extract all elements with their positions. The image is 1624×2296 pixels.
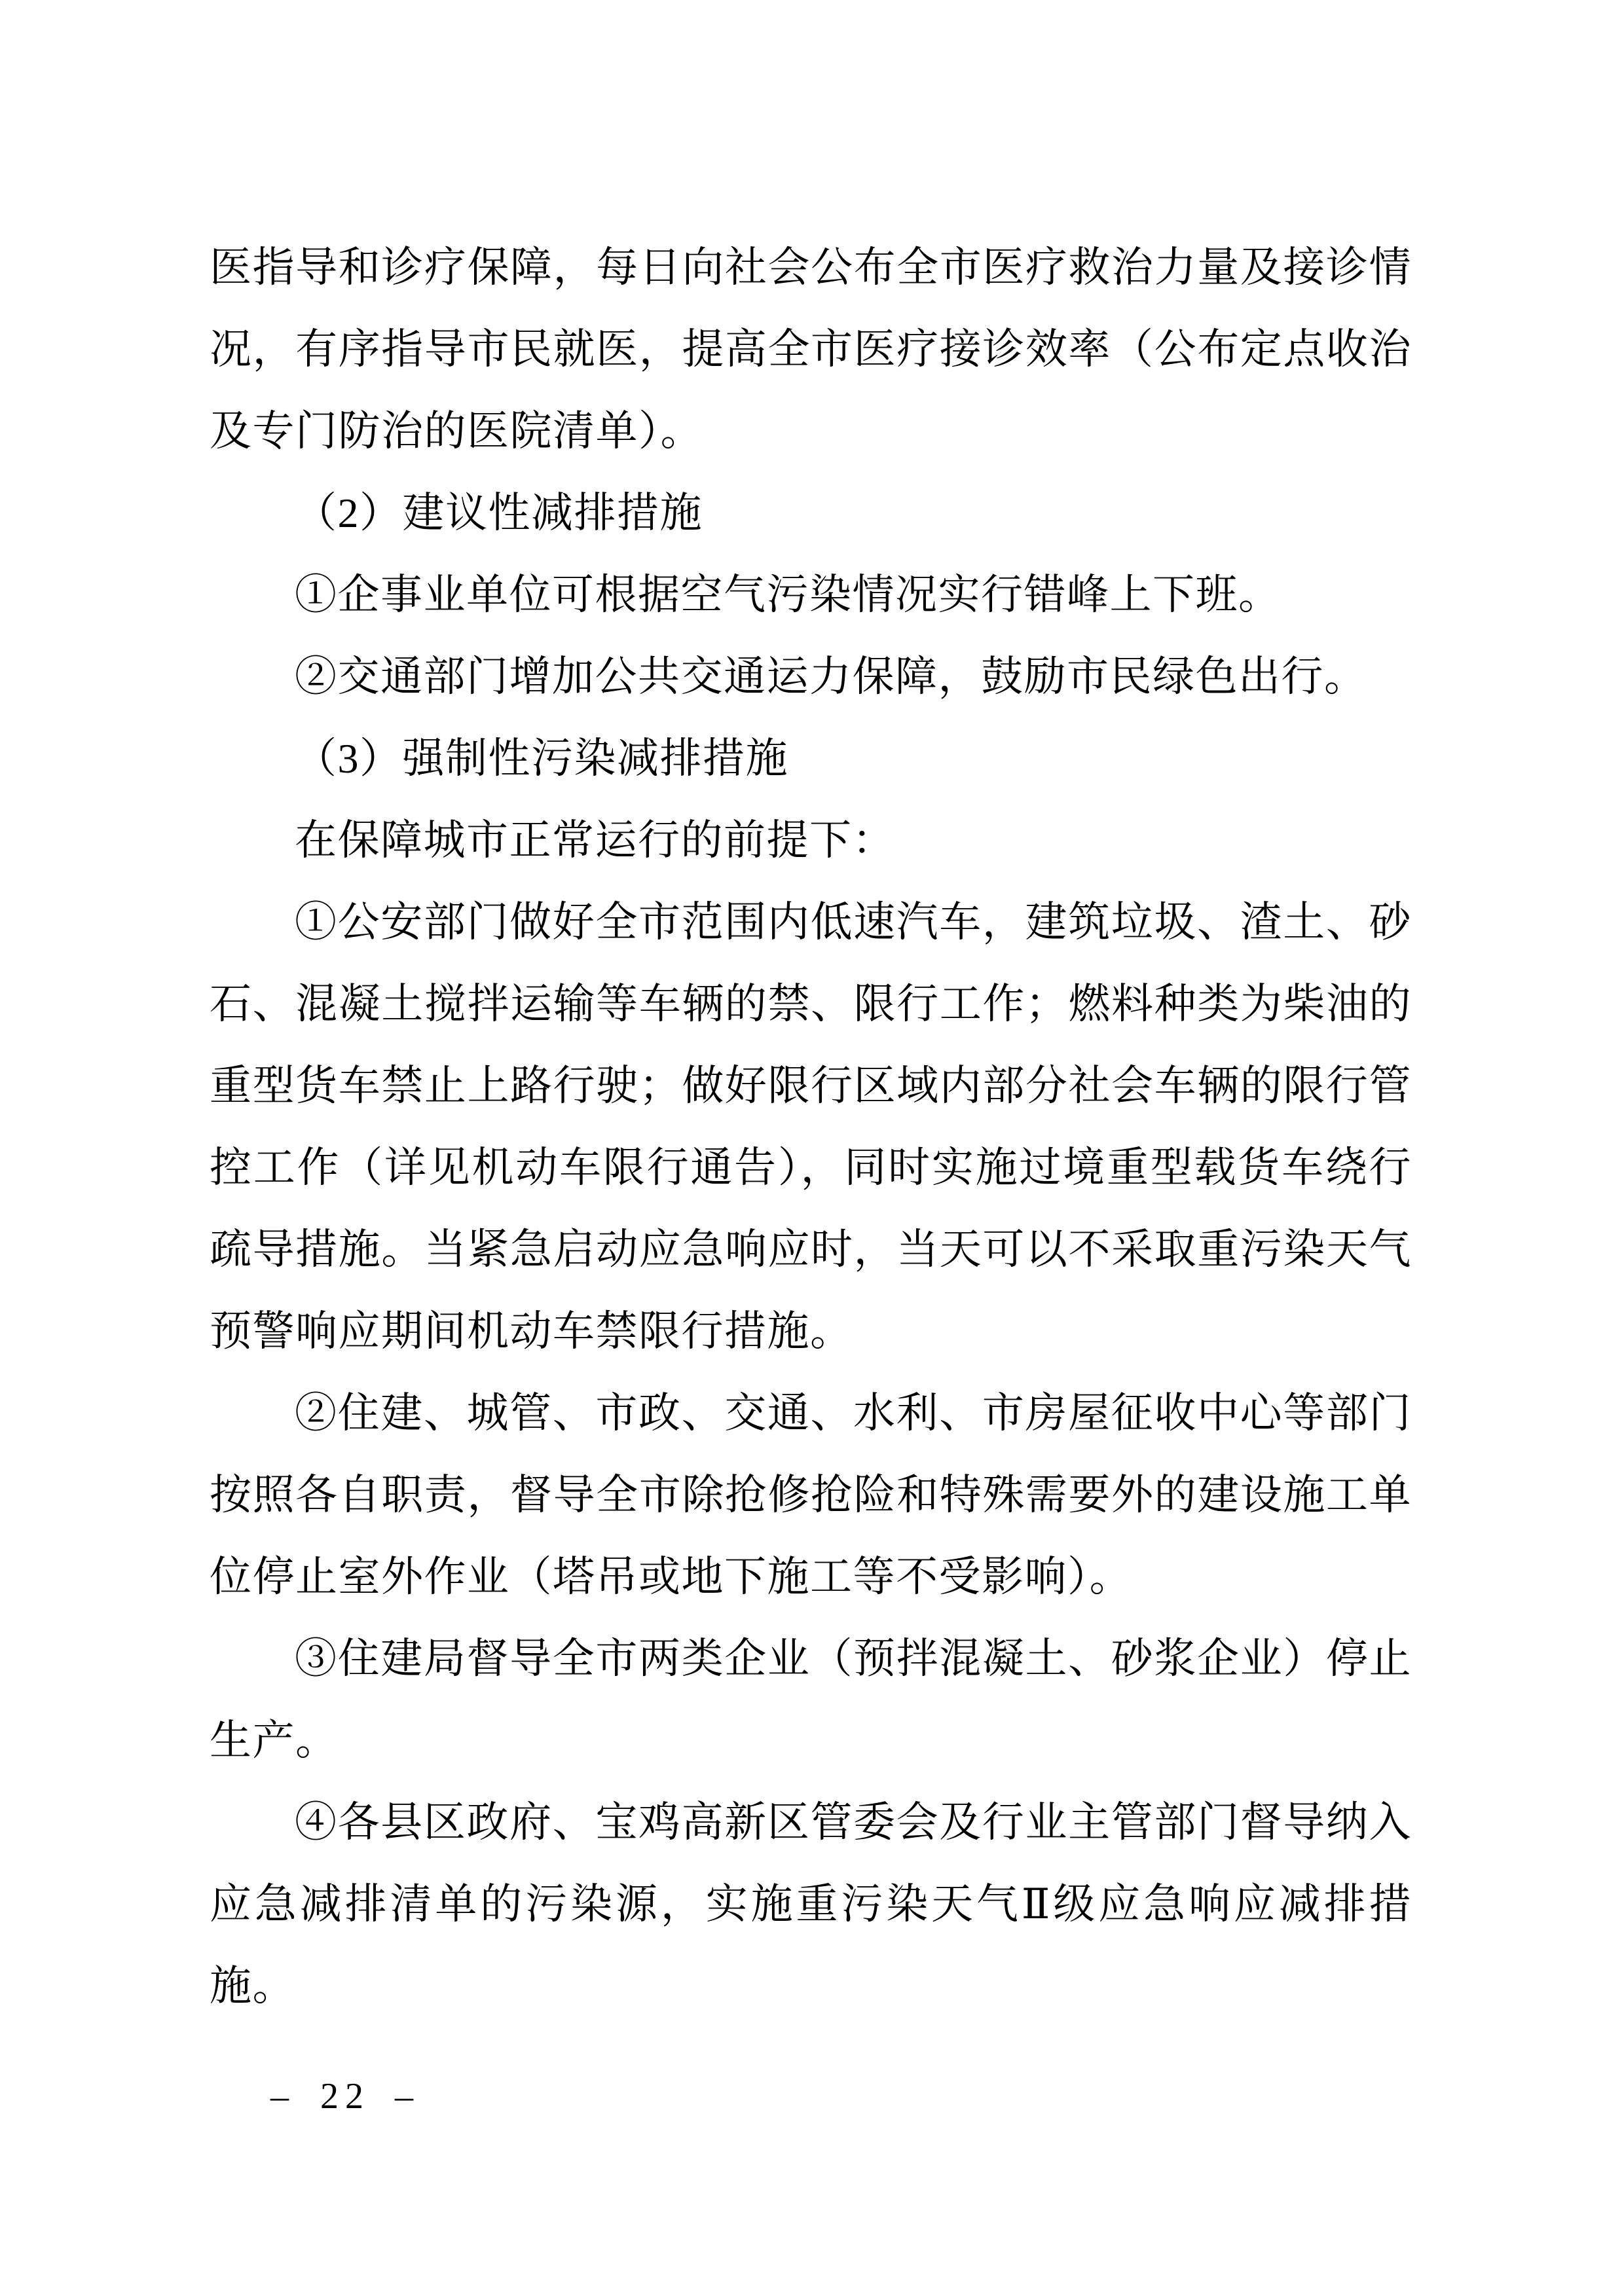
document-page: 医指导和诊疗保障，每日向社会公布全市医疗救治力量及接诊情况，有序指导市民就医，提…	[0, 0, 1624, 2296]
mandatory-measure-item-3: ③住建局督导全市两类企业（预拌混凝土、砂浆企业）停止生产。	[210, 1618, 1412, 1781]
page-number: – 22 –	[270, 2077, 420, 2116]
document-body: 医指导和诊疗保障，每日向社会公布全市医疗救治力量及接诊情况，有序指导市民就医，提…	[210, 227, 1412, 2027]
suggested-measure-item-2: ②交通部门增加公共交通运力保障，鼓励市民绿色出行。	[210, 636, 1412, 718]
mandatory-measure-item-4: ④各县区政府、宝鸡高新区管委会及行业主管部门督导纳入应急减排清单的污染源，实施重…	[210, 1781, 1412, 2027]
heading-suggested-reduction-measures: （2）建议性减排措施	[210, 472, 1412, 554]
paragraph-continuation: 医指导和诊疗保障，每日向社会公布全市医疗救治力量及接诊情况，有序指导市民就医，提…	[210, 227, 1412, 472]
mandatory-measures-premise: 在保障城市正常运行的前提下：	[210, 799, 1412, 881]
heading-mandatory-reduction-measures: （3）强制性污染减排措施	[210, 718, 1412, 799]
mandatory-measure-item-1: ①公安部门做好全市范围内低速汽车，建筑垃圾、渣土、砂石、混凝土搅拌运输等车辆的禁…	[210, 881, 1412, 1372]
suggested-measure-item-1: ①企事业单位可根据空气污染情况实行错峰上下班。	[210, 554, 1412, 636]
mandatory-measure-item-2: ②住建、城管、市政、交通、水利、市房屋征收中心等部门按照各自职责，督导全市除抢修…	[210, 1372, 1412, 1618]
